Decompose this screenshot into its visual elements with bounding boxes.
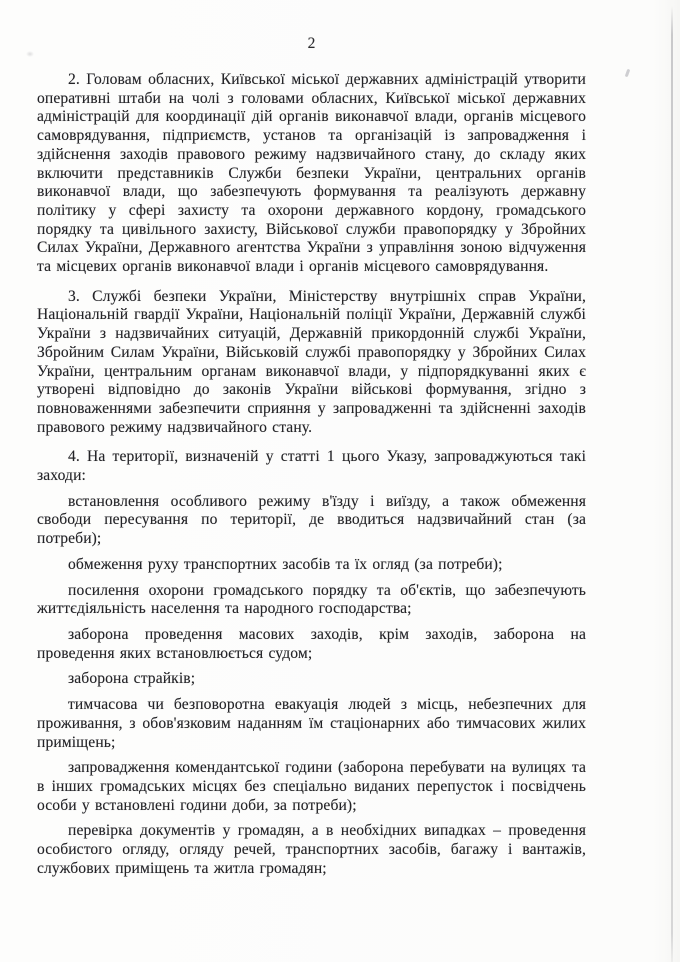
measure-strikes-ban: заборона страйків; [37,670,586,689]
measure-entry-exit-regime: встановлення особливого режиму в'їзду і … [37,493,586,549]
measure-document-checks: перевірка документів у громадян, а в нео… [37,822,586,878]
scan-smudge-artifact [26,51,34,57]
measure-transport-restriction: обмеження руху транспортних засобів та ї… [37,556,586,575]
scan-edge-line [671,6,673,962]
document-body: 2. Головам обласних, Київської міської д… [37,71,586,878]
document-page: 2 2. Головам обласних, Київської міської… [0,0,680,962]
paragraph-section-3: 3. Службі безпеки України, Міністерству … [37,288,586,438]
scan-speck-artifact [625,69,631,78]
measure-mass-events-ban: заборона проведення масових заходів, крі… [37,626,586,663]
paragraph-section-4: 4. На території, визначеній у статті 1 ц… [37,448,586,485]
page-number: 2 [37,35,586,53]
measure-public-order-protection: посилення охорони громадського порядку т… [37,582,586,619]
measure-curfew: запровадження комендантської години (заб… [37,759,586,815]
paragraph-section-2: 2. Головам обласних, Київської міської д… [37,71,586,277]
measure-evacuation: тимчасова чи безповоротна евакуація люде… [37,696,586,752]
